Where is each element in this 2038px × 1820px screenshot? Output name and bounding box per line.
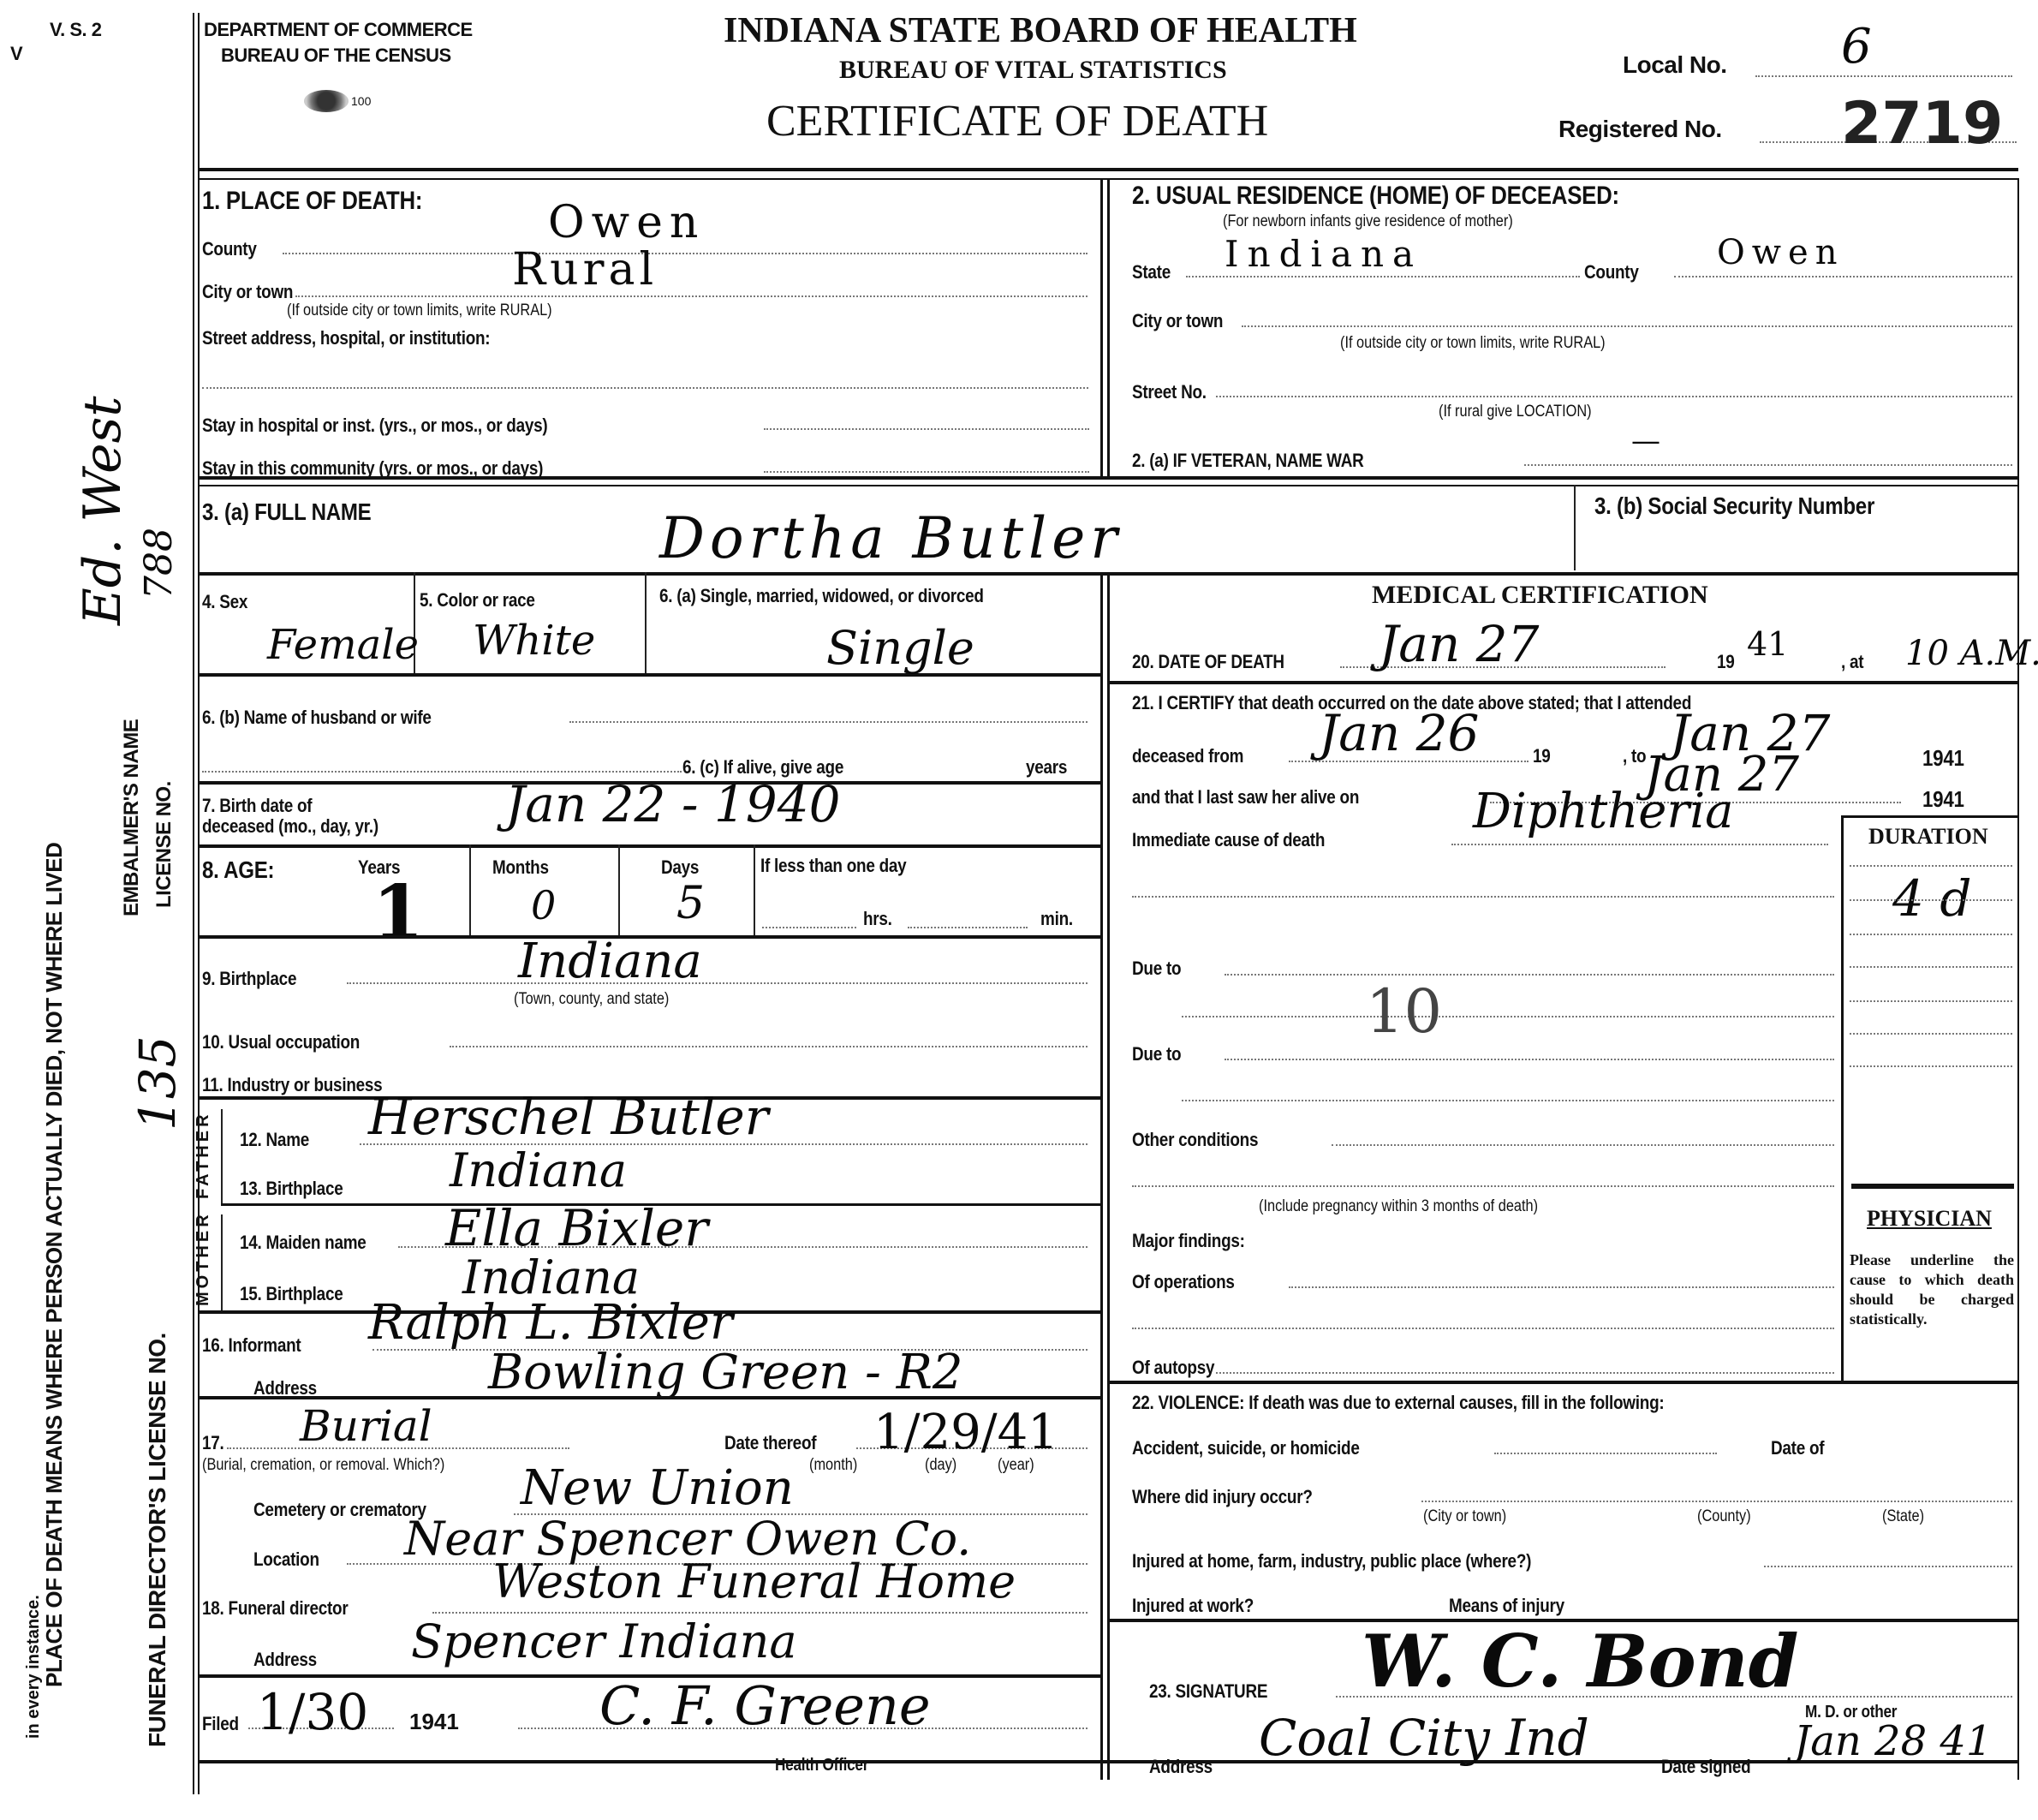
full-name-value[interactable]: Dortha Butler xyxy=(659,505,1123,571)
filed-date-value[interactable]: 1/30 xyxy=(257,1683,368,1741)
board-title: INDIANA STATE BOARD OF HEALTH xyxy=(724,10,1357,51)
death-city-value[interactable]: Rural xyxy=(512,244,658,295)
death-year-prefix: 19 xyxy=(1717,651,1735,673)
funeral-address-value[interactable]: Spencer Indiana xyxy=(411,1614,797,1668)
funeral-address-label: Address xyxy=(253,1649,317,1671)
attended-to-year: 1941 xyxy=(1922,745,1964,772)
funeral-director-value[interactable]: Weston Funeral Home xyxy=(492,1554,1016,1608)
residence-county-value[interactable]: Owen xyxy=(1717,233,1844,272)
location-label: Location xyxy=(253,1548,319,1571)
residence-county-label: County xyxy=(1584,261,1639,283)
form-code: V. S. 2 xyxy=(50,19,102,41)
ssn-label: 3. (b) Social Security Number xyxy=(1594,492,1874,520)
city-label: City or town xyxy=(202,281,293,303)
death-date-label: 20. DATE OF DEATH xyxy=(1132,651,1284,673)
informant-value[interactable]: Ralph L. Bixler xyxy=(368,1295,733,1351)
due-to-label-1: Due to xyxy=(1132,958,1181,980)
death-date-value[interactable]: Jan 27 xyxy=(1379,615,1539,673)
cemetery-label: Cemetery or crematory xyxy=(253,1499,426,1521)
age-days-col: Days xyxy=(661,856,699,879)
father-name-value[interactable]: Herschel Butler xyxy=(368,1088,768,1146)
department-label: DEPARTMENT OF COMMERCE xyxy=(204,19,473,41)
other-conditions-label: Other conditions xyxy=(1132,1129,1258,1151)
marital-label: 6. (a) Single, married, widowed, or divo… xyxy=(659,586,1028,606)
disposition-note: (Burial, cremation, or removal. Which?) xyxy=(202,1456,444,1475)
census-seal-icon xyxy=(304,90,349,112)
less-day-label: If less than one day xyxy=(760,855,906,877)
filed-year-value: 1941 xyxy=(409,1709,459,1735)
margin-mark: V xyxy=(10,43,22,65)
local-no-value: 6 xyxy=(1841,19,1872,75)
full-name-label: 3. (a) FULL NAME xyxy=(202,498,371,526)
street-label: Street address, hospital, or institution… xyxy=(202,327,490,349)
physician-signature[interactable]: W. C. Bond xyxy=(1362,1619,1798,1704)
injury-place-label: Injured at home, farm, industry, public … xyxy=(1132,1550,1531,1572)
father-birthplace-label: 13. Birthplace xyxy=(240,1178,343,1200)
pregnancy-note: (Include pregnancy within 3 months of de… xyxy=(1259,1197,1538,1216)
stamp-mark: 10 xyxy=(1366,976,1442,1047)
certificate-title: CERTIFICATE OF DEATH xyxy=(766,96,1268,146)
means-injury-label: Means of injury xyxy=(1449,1595,1564,1617)
violence-date-label: Date of xyxy=(1771,1437,1824,1459)
occupation-label: 10. Usual occupation xyxy=(202,1031,360,1053)
birth-date-value[interactable]: Jan 22 - 1940 xyxy=(505,775,841,833)
local-no-label: Local No. xyxy=(1623,51,1727,79)
residence-city-label: City or town xyxy=(1132,310,1223,332)
last-saw-year: 1941 xyxy=(1922,786,1964,813)
embalmer-label: EMBALMER'S NAME xyxy=(120,719,144,916)
cemetery-value[interactable]: New Union xyxy=(521,1460,794,1516)
date-note-year: (year) xyxy=(998,1456,1034,1475)
duration-value[interactable]: 4 d xyxy=(1892,869,1971,928)
violence-city-note: (City or town) xyxy=(1423,1507,1506,1526)
place-of-death-heading: 1. PLACE OF DEATH: xyxy=(202,187,422,216)
physician-heading: PHYSICIAN xyxy=(1867,1206,1992,1232)
residence-heading: 2. USUAL RESIDENCE (HOME) OF DECEASED: xyxy=(1132,182,1619,211)
autopsy-label: Of autopsy xyxy=(1132,1357,1214,1379)
disposition-number: 17. xyxy=(202,1432,224,1454)
immediate-cause-label: Immediate cause of death xyxy=(1132,829,1325,851)
signature-address-value[interactable]: Coal City Ind xyxy=(1259,1709,1589,1767)
funeral-license-value: 135 xyxy=(128,1035,187,1131)
date-signed-label: Date signed xyxy=(1661,1756,1750,1778)
informant-label: 16. Informant xyxy=(202,1334,301,1357)
date-note-month: (month) xyxy=(809,1456,857,1475)
age-label: 8. AGE: xyxy=(202,856,274,884)
father-birthplace-value[interactable]: Indiana xyxy=(450,1143,627,1197)
last-saw-label: and that I last saw her alive on xyxy=(1132,786,1359,809)
medical-heading: MEDICAL CERTIFICATION xyxy=(1372,581,1708,610)
violence-state-note: (State) xyxy=(1882,1507,1924,1526)
mother-name-label: 14. Maiden name xyxy=(240,1232,366,1254)
license-label: LICENSE NO. xyxy=(152,781,176,908)
ssn-value[interactable] xyxy=(1594,527,2005,561)
license-value: 788 xyxy=(137,528,181,600)
age-days-value[interactable]: 5 xyxy=(676,878,705,929)
accident-label: Accident, suicide, or homicide xyxy=(1132,1437,1360,1459)
violence-county-note: (County) xyxy=(1697,1507,1751,1526)
mother-birthplace-label: 15. Birthplace xyxy=(240,1283,343,1305)
to-label: , to xyxy=(1623,745,1646,767)
min-label: min. xyxy=(1040,908,1073,930)
injured-work-label: Injured at work? xyxy=(1132,1595,1254,1617)
immediate-cause-value[interactable]: Diphtheria xyxy=(1473,784,1734,839)
death-year-value[interactable]: 41 xyxy=(1747,625,1788,663)
major-findings-label: Major findings: xyxy=(1132,1230,1245,1252)
residence-subheading: (For newborn infants give residence of m… xyxy=(1223,212,1513,231)
registered-no-label: Registered No. xyxy=(1558,116,1722,143)
birth-date-label-2: deceased (mo., day, yr.) xyxy=(202,815,378,838)
mother-name-value[interactable]: Ella Bixler xyxy=(445,1199,708,1257)
margin-instruction-2: in every instance. xyxy=(24,1595,44,1739)
bureau-census-label: BUREAU OF THE CENSUS xyxy=(221,45,451,67)
date-signed-value[interactable]: Jan 28 41 xyxy=(1794,1717,1992,1765)
city-note: (If outside city or town limits, write R… xyxy=(287,301,552,320)
hrs-label: hrs. xyxy=(863,908,892,930)
registered-no-value: 2719 xyxy=(1841,90,2003,158)
disposition-date-label: Date thereof xyxy=(724,1432,816,1454)
filed-label: Filed xyxy=(202,1713,239,1735)
sex-label: 4. Sex xyxy=(202,591,247,613)
signature-address-label: Address xyxy=(1149,1756,1213,1778)
birthplace-label: 9. Birthplace xyxy=(202,968,296,990)
funeral-director-label: 18. Funeral director xyxy=(202,1597,348,1620)
veteran-label: 2. (a) IF VETERAN, NAME WAR xyxy=(1132,450,1364,472)
race-label: 5. Color or race xyxy=(420,589,535,612)
date-note-day: (day) xyxy=(925,1456,956,1475)
death-county-value[interactable]: Owen xyxy=(548,197,705,248)
residence-state-value[interactable]: Indiana xyxy=(1225,233,1422,275)
birthplace-note: (Town, county, and state) xyxy=(514,990,669,1009)
funeral-license-label: FUNERAL DIRECTOR'S LICENSE NO. xyxy=(144,1333,171,1747)
state-label: State xyxy=(1132,261,1171,283)
margin-instruction: PLACE OF DEATH MEANS WHERE PERSON ACTUAL… xyxy=(41,843,68,1687)
seal-number: 100 xyxy=(351,94,371,108)
death-time-value[interactable]: 10 A.M. xyxy=(1905,634,2038,673)
residence-city-note: (If outside city or town limits, write R… xyxy=(1340,334,1606,353)
mother-side-label: MOTHER xyxy=(194,1211,213,1306)
birth-date-label-1: 7. Birth date of xyxy=(202,795,312,817)
bureau-title: BUREAU OF VITAL STATISTICS xyxy=(839,56,1227,85)
stay-community-label: Stay in this community (yrs. or mos., or… xyxy=(202,457,543,480)
age-years-value[interactable]: 1 xyxy=(372,869,424,956)
stay-hospital-label: Stay in hospital or inst. (yrs., or mos.… xyxy=(202,415,547,437)
physician-note: Please underline the cause to which deat… xyxy=(1850,1250,2014,1329)
street-no-label: Street No. xyxy=(1132,381,1207,403)
embalmer-value: Ed. West xyxy=(73,396,133,625)
death-time-label: , at xyxy=(1841,651,1863,673)
violence-heading: 22. VIOLENCE: If death was due to extern… xyxy=(1132,1392,1664,1414)
disposition-date-value[interactable]: 1/29/41 xyxy=(873,1405,1058,1460)
county-label: County xyxy=(202,238,257,260)
attended-from-value[interactable]: Jan 26 xyxy=(1319,704,1479,762)
father-name-label: 12. Name xyxy=(240,1129,309,1151)
due-to-label-2: Due to xyxy=(1132,1043,1181,1065)
where-injury-label: Where did injury occur? xyxy=(1132,1486,1313,1508)
birthplace-value[interactable]: Indiana xyxy=(518,934,702,989)
age-months-value[interactable]: 0 xyxy=(531,882,556,928)
industry-label: 11. Industry or business xyxy=(202,1074,382,1096)
years-label: years xyxy=(1026,756,1067,779)
attended-from-label: deceased from xyxy=(1132,745,1243,767)
marital-value[interactable]: Single xyxy=(826,621,974,675)
informant-address-value[interactable]: Bowling Green - R2 xyxy=(488,1345,963,1400)
health-officer-label: Health Officer xyxy=(775,1756,868,1775)
operations-label: Of operations xyxy=(1132,1271,1235,1293)
attended-from-year: 19 xyxy=(1533,745,1551,767)
race-value[interactable]: White xyxy=(473,617,595,665)
duration-heading: DURATION xyxy=(1868,824,1988,850)
health-officer-signature[interactable]: C. F. Greene xyxy=(599,1674,931,1737)
disposition-value[interactable]: Burial xyxy=(300,1401,432,1451)
street-no-note: (If rural give LOCATION) xyxy=(1439,403,1592,421)
father-side-label: FATHER xyxy=(194,1111,213,1199)
spouse-label: 6. (b) Name of husband or wife xyxy=(202,707,432,729)
sex-value[interactable]: Female xyxy=(267,621,419,669)
age-months-col: Months xyxy=(492,856,549,879)
veteran-value[interactable]: — xyxy=(1631,424,1660,458)
signature-label: 23. SIGNATURE xyxy=(1149,1680,1267,1703)
